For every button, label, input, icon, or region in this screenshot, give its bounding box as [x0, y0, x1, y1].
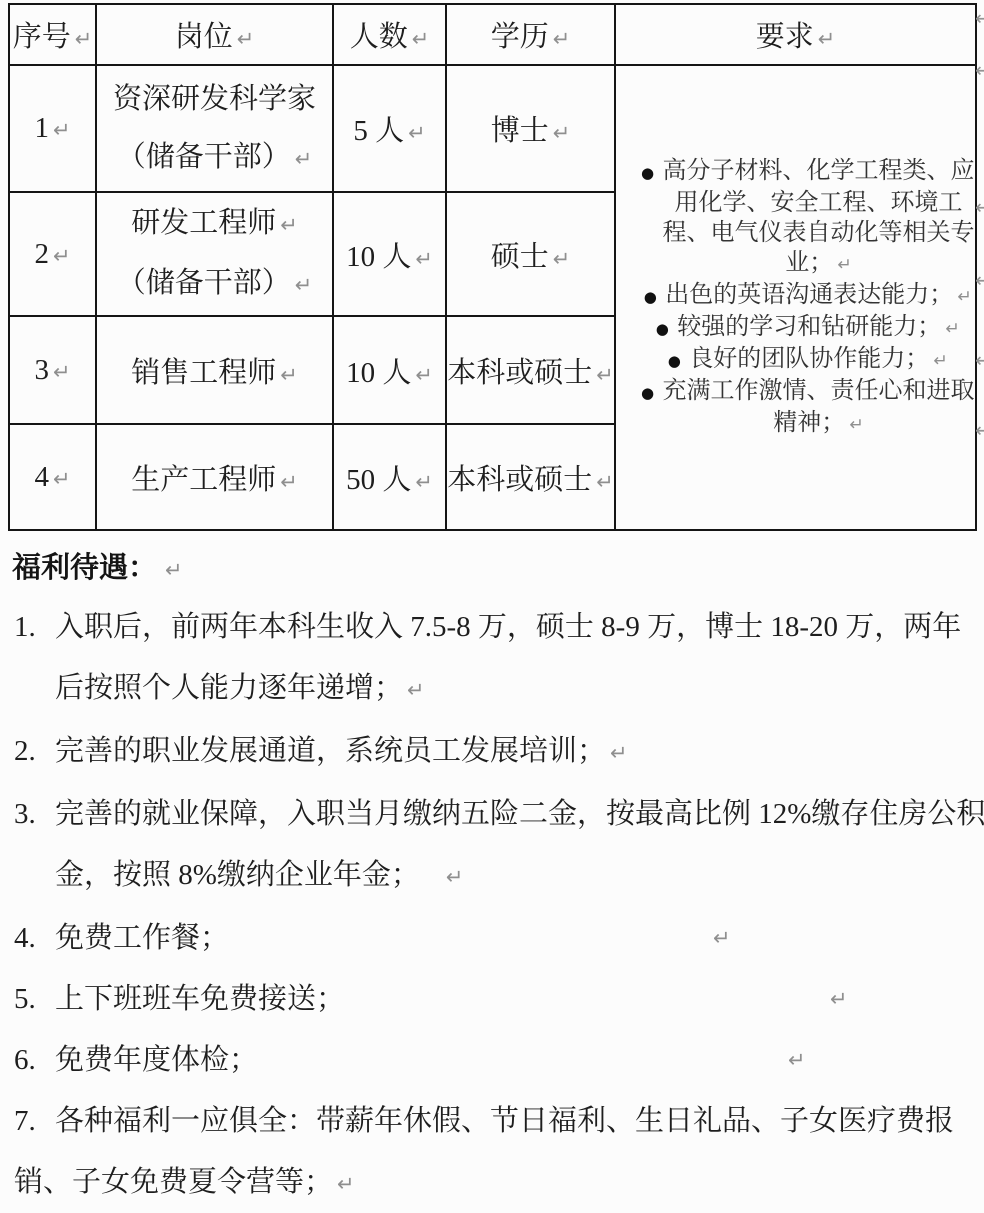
- requirement-line: 业；↵: [632, 248, 975, 280]
- table-header-row: 序号↵ 岗位↵ 人数↵ 学历↵ 要求↵: [9, 4, 976, 65]
- benefit-item: 2.完善的职业发展通道，系统员工发展培训；↵: [14, 721, 980, 784]
- requirement-text: 高分子材料、化学工程类、应: [663, 158, 975, 184]
- row4-no-text: 4: [35, 461, 50, 493]
- requirement-line: ●良好的团队协作能力；↵: [632, 344, 975, 376]
- line-break-icon: ↵: [553, 121, 571, 145]
- requirement-text: 良好的团队协作能力；: [689, 346, 929, 372]
- line-break-icon: ↵: [837, 255, 851, 275]
- row2-degree-text: 硕士: [491, 241, 549, 273]
- requirement-text: 业；: [785, 250, 833, 276]
- row3-count-text: 10 人: [346, 357, 411, 389]
- row4-degree-text: 本科或硕士: [447, 464, 592, 496]
- benefit-item: 3.完善的就业保障，入职当月缴纳五险二金，按最高比例 12%缴存住房公积 金，按…: [14, 784, 980, 908]
- benefit-line: 6.免费年度体检；↵: [14, 1030, 980, 1091]
- row-end-mark-icon: ↵: [975, 268, 984, 292]
- benefits-heading-text: 福利待遇：: [12, 552, 157, 584]
- line-break-icon: ↵: [849, 415, 863, 435]
- header-requirements: 要求↵: [615, 4, 976, 65]
- row3-position: 销售工程师↵: [96, 316, 333, 424]
- row2-no: 2↵: [9, 192, 96, 316]
- item-number: 2.: [14, 721, 55, 782]
- row1-degree: 博士↵: [446, 65, 615, 192]
- row4-position: 生产工程师↵: [96, 424, 333, 530]
- row2-position-line2: （储备干部）↵: [97, 254, 332, 314]
- line-break-icon: ↵: [945, 319, 959, 339]
- benefit-text: 金，按照 8%缴纳企业年金；: [55, 859, 420, 891]
- jobs-table: 序号↵ 岗位↵ 人数↵ 学历↵ 要求↵ 1↵ 资深研发科学家 （储备干部）↵ 5…: [8, 3, 977, 531]
- row1-position-line1: 资深研发科学家: [97, 70, 332, 128]
- line-break-icon: ↵: [237, 27, 255, 51]
- bullet-icon: ●: [633, 378, 663, 408]
- requirement-item: ●出色的英语沟通表达能力；↵: [632, 280, 975, 312]
- requirements-list: ●高分子材料、化学工程类、应 用化学、安全工程、环境工 程、电气仪表自动化等相关…: [616, 156, 975, 440]
- requirement-item: ●高分子材料、化学工程类、应 用化学、安全工程、环境工 程、电气仪表自动化等相关…: [632, 156, 975, 280]
- row1-position: 资深研发科学家 （储备干部）↵: [96, 65, 333, 192]
- row1-no: 1↵: [9, 65, 96, 192]
- benefits-list: 1.入职后，前两年本科生收入 7.5-8 万，硕士 8-9 万，博士 18-20…: [14, 597, 980, 1213]
- row3-no: 3↵: [9, 316, 96, 424]
- benefit-line: 1.入职后，前两年本科生收入 7.5-8 万，硕士 8-9 万，博士 18-20…: [14, 597, 980, 658]
- benefit-line: 5.上下班班车免费接送；↵: [14, 969, 980, 1030]
- row-end-mark-icon: ↵: [975, 6, 984, 30]
- header-no-label: 序号: [13, 21, 71, 53]
- benefit-line: 后按照个人能力逐年递增；↵: [14, 658, 980, 721]
- line-break-icon: ↵: [713, 908, 731, 969]
- benefits-heading: 福利待遇：↵: [12, 545, 183, 586]
- line-break-icon: ↵: [788, 1030, 806, 1091]
- line-break-icon: ↵: [53, 360, 71, 384]
- line-break-icon: ↵: [830, 969, 848, 1030]
- document-page: 序号↵ 岗位↵ 人数↵ 学历↵ 要求↵ 1↵ 资深研发科学家 （储备干部）↵ 5…: [0, 0, 984, 1213]
- row4-degree: 本科或硕士↵: [446, 424, 615, 530]
- line-break-icon: ↵: [596, 470, 614, 494]
- header-degree: 学历↵: [446, 4, 615, 65]
- header-requirements-label: 要求: [756, 21, 814, 53]
- item-number: 4.: [14, 908, 55, 969]
- row1-count: 5 人↵: [333, 65, 446, 192]
- line-break-icon: ↵: [165, 558, 183, 582]
- benefit-line: 销、子女免费夏令营等；↵: [14, 1152, 980, 1213]
- line-break-icon: ↵: [407, 678, 425, 702]
- bullet-icon: ●: [647, 314, 677, 344]
- benefit-line: 7.各种福利一应俱全：带薪年休假、节日福利、生日礼品、子女医疗费报: [14, 1091, 980, 1152]
- requirement-line: ●高分子材料、化学工程类、应: [632, 156, 975, 188]
- item-number: 6.: [14, 1030, 55, 1091]
- item-number: 5.: [14, 969, 55, 1030]
- requirements-cell: ●高分子材料、化学工程类、应 用化学、安全工程、环境工 程、电气仪表自动化等相关…: [615, 65, 976, 530]
- row3-degree-text: 本科或硕士: [447, 357, 592, 389]
- row1-no-text: 1: [35, 112, 50, 144]
- requirement-line: 精神；↵: [632, 408, 975, 440]
- line-break-icon: ↵: [295, 273, 313, 297]
- row-end-mark-icon: ↵: [975, 58, 984, 82]
- row3-position-text: 销售工程师: [131, 357, 276, 389]
- row1-position-line2: （储备干部）↵: [97, 128, 332, 188]
- benefit-text: 完善的职业发展通道，系统员工发展培训；: [55, 735, 606, 767]
- row1-position-text2: （储备干部）: [117, 141, 291, 173]
- row1-degree-text: 博士: [491, 115, 549, 147]
- requirement-line: ●充满工作激情、责任心和进取: [632, 376, 975, 408]
- line-break-icon: ↵: [933, 351, 947, 371]
- line-break-icon: ↵: [337, 1172, 355, 1196]
- table-row: 1↵ 资深研发科学家 （储备干部）↵ 5 人↵ 博士↵ ●高分子材料、化学工程类…: [9, 65, 976, 192]
- row2-count-text: 10 人: [346, 241, 411, 273]
- line-break-icon: ↵: [408, 121, 426, 145]
- row1-position-text1: 资深研发科学家: [113, 83, 316, 115]
- line-break-icon: ↵: [415, 470, 433, 494]
- benefit-text: 销、子女免费夏令营等；: [14, 1166, 333, 1198]
- line-break-icon: ↵: [295, 147, 313, 171]
- item-number: 3.: [14, 784, 55, 845]
- bullet-icon: ●: [633, 158, 663, 188]
- requirement-line: ●出色的英语沟通表达能力；↵: [632, 280, 975, 312]
- requirement-line: ●较强的学习和钻研能力；↵: [632, 312, 975, 344]
- line-break-icon: ↵: [280, 470, 298, 494]
- row4-no: 4↵: [9, 424, 96, 530]
- line-break-icon: ↵: [75, 27, 93, 51]
- benefit-text: 完善的就业保障，入职当月缴纳五险二金，按最高比例 12%缴存住房公积: [55, 798, 984, 830]
- row-end-mark-icon: ↵: [975, 195, 984, 219]
- line-break-icon: ↵: [415, 363, 433, 387]
- header-degree-label: 学历: [491, 21, 549, 53]
- row4-count: 50 人↵: [333, 424, 446, 530]
- benefit-item: 5.上下班班车免费接送；↵: [14, 969, 980, 1030]
- line-break-icon: ↵: [818, 27, 836, 51]
- requirement-line: 程、电气仪表自动化等相关专: [632, 218, 975, 248]
- line-break-icon: ↵: [53, 467, 71, 491]
- row2-position-line1: 研发工程师↵: [97, 194, 332, 254]
- row2-position: 研发工程师↵ （储备干部）↵: [96, 192, 333, 316]
- requirement-line: 用化学、安全工程、环境工: [632, 188, 975, 218]
- benefit-text: 免费年度体检；: [55, 1044, 258, 1076]
- row-end-mark-icon: ↵: [975, 348, 984, 372]
- line-break-icon: ↵: [280, 213, 298, 237]
- benefit-text: 各种福利一应俱全：带薪年休假、节日福利、生日礼品、子女医疗费报: [55, 1105, 954, 1137]
- row3-count: 10 人↵: [333, 316, 446, 424]
- row2-position-text1: 研发工程师: [131, 207, 276, 239]
- line-break-icon: ↵: [53, 118, 71, 142]
- benefit-text: 上下班班车免费接送；: [55, 983, 345, 1015]
- benefit-item: 1.入职后，前两年本科生收入 7.5-8 万，硕士 8-9 万，博士 18-20…: [14, 597, 980, 721]
- row2-count: 10 人↵: [333, 192, 446, 316]
- row-end-mark-icon: ↵: [975, 418, 984, 442]
- line-break-icon: ↵: [553, 27, 571, 51]
- benefit-item: 4.免费工作餐；↵: [14, 908, 980, 969]
- requirement-text: 精神；: [773, 410, 845, 436]
- header-position-label: 岗位: [175, 21, 233, 53]
- item-number: 7.: [14, 1091, 55, 1152]
- line-break-icon: ↵: [280, 363, 298, 387]
- row3-degree: 本科或硕士↵: [446, 316, 615, 424]
- requirement-text: 出色的英语沟通表达能力；: [665, 282, 953, 308]
- row2-degree: 硕士↵: [446, 192, 615, 316]
- benefit-item: 6.免费年度体检；↵: [14, 1030, 980, 1091]
- bullet-icon: ●: [659, 346, 689, 376]
- row2-no-text: 2: [35, 238, 50, 270]
- header-count: 人数↵: [333, 4, 446, 65]
- benefit-item: 7.各种福利一应俱全：带薪年休假、节日福利、生日礼品、子女医疗费报 销、子女免费…: [14, 1091, 980, 1213]
- row1-count-text: 5 人: [353, 115, 404, 147]
- header-position: 岗位↵: [96, 4, 333, 65]
- line-break-icon: ↵: [412, 27, 430, 51]
- header-no: 序号↵: [9, 4, 96, 65]
- line-break-icon: ↵: [53, 244, 71, 268]
- requirement-text: 充满工作激情、责任心和进取: [663, 378, 975, 404]
- benefit-text: 免费工作餐；: [55, 922, 229, 954]
- row3-no-text: 3: [35, 354, 50, 386]
- row2-position-text2: （储备干部）: [117, 267, 291, 299]
- line-break-icon: ↵: [415, 247, 433, 271]
- line-break-icon: ↵: [446, 865, 464, 889]
- requirement-text: 较强的学习和钻研能力；: [677, 314, 941, 340]
- benefit-line: 4.免费工作餐；↵: [14, 908, 980, 969]
- requirement-item: ●良好的团队协作能力；↵: [632, 344, 975, 376]
- row4-count-text: 50 人: [346, 464, 411, 496]
- header-count-label: 人数: [350, 21, 408, 53]
- benefit-text: 后按照个人能力逐年递增；: [55, 672, 403, 704]
- benefit-text: 入职后，前两年本科生收入 7.5-8 万，硕士 8-9 万，博士 18-20 万…: [55, 611, 961, 643]
- item-number: 1.: [14, 597, 55, 658]
- bullet-icon: ●: [635, 282, 665, 312]
- benefit-line: 金，按照 8%缴纳企业年金；↵: [14, 845, 980, 908]
- row4-position-text: 生产工程师: [131, 464, 276, 496]
- requirement-item: ●较强的学习和钻研能力；↵: [632, 312, 975, 344]
- line-break-icon: ↵: [610, 741, 628, 765]
- requirement-item: ●充满工作激情、责任心和进取 精神；↵: [632, 376, 975, 440]
- line-break-icon: ↵: [553, 247, 571, 271]
- line-break-icon: ↵: [957, 287, 971, 307]
- line-break-icon: ↵: [596, 363, 614, 387]
- benefit-line: 3.完善的就业保障，入职当月缴纳五险二金，按最高比例 12%缴存住房公积: [14, 784, 980, 845]
- benefit-line: 2.完善的职业发展通道，系统员工发展培训；↵: [14, 721, 980, 784]
